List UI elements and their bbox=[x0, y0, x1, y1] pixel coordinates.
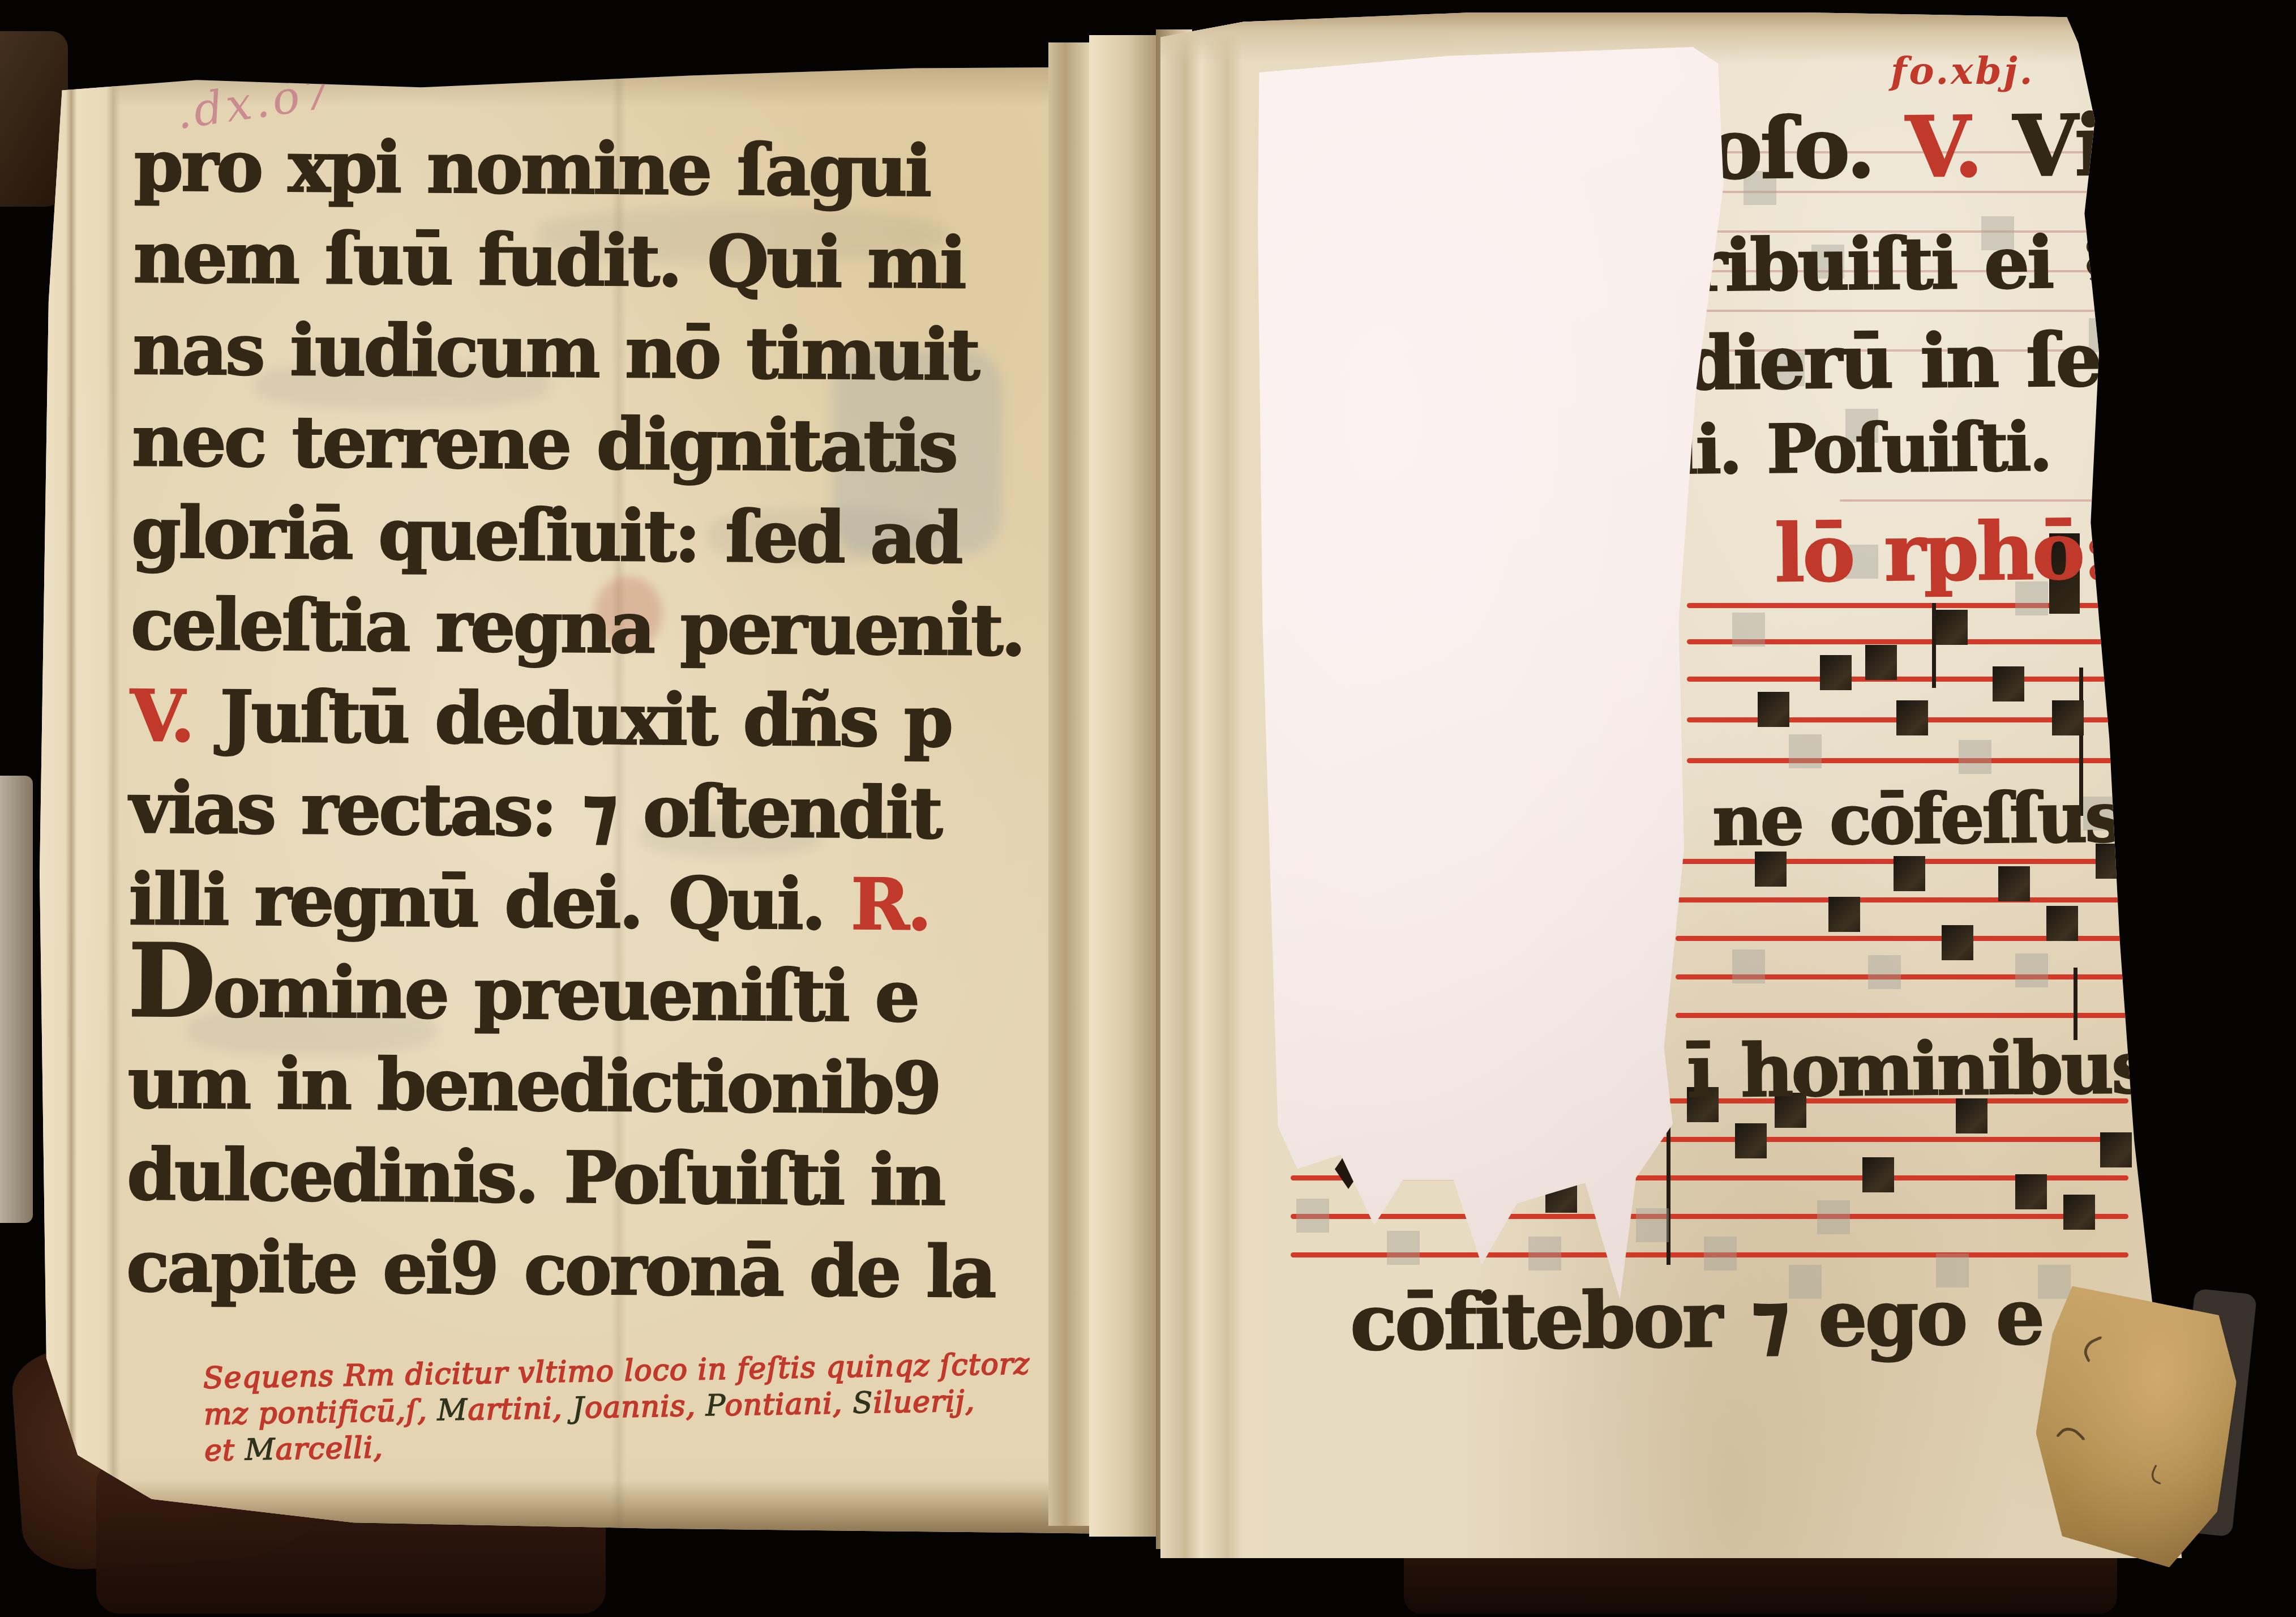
manuscript-text-line: nec terrene dignitatis bbox=[132, 395, 1117, 494]
faint-staff-line bbox=[1693, 310, 2094, 312]
text-segment: D bbox=[128, 921, 213, 1040]
text-segment: V. bbox=[130, 675, 194, 758]
ink-scribble bbox=[2055, 1422, 2087, 1455]
ghost-note bbox=[1296, 1199, 1329, 1233]
text-segment: Juſtū deduxit dñs p bbox=[192, 675, 952, 763]
neume-note bbox=[2111, 573, 2143, 608]
ghost-note bbox=[1732, 949, 1765, 983]
text-segment: arcelli, bbox=[275, 1431, 383, 1466]
faint-staff-line bbox=[1840, 499, 2100, 502]
gutter-fold bbox=[1048, 42, 1090, 1526]
manuscript-text-line: illi regnū dei. Qui. R. bbox=[128, 854, 1114, 952]
manuscript-photo: .dx.o7 pro xpi nomine ſaguinem ſuū fudit… bbox=[0, 0, 2296, 1617]
chant-text-line: ribuiſti ei ⌇ bbox=[1689, 220, 2103, 307]
manuscript-text-line: capite ei9 coronā de la bbox=[126, 1221, 1112, 1319]
text-segment: dulcedinis. Poſuiſti in bbox=[127, 1133, 944, 1222]
text-segment: nas iudicum nō timuit bbox=[132, 308, 978, 396]
text-segment: um in benedictionib9 bbox=[127, 1042, 940, 1130]
chant-text-line: lō rphō: bbox=[1774, 504, 2110, 600]
staff-line bbox=[1687, 677, 2140, 682]
ghost-note bbox=[1636, 1208, 1669, 1242]
ghost-note bbox=[1387, 1231, 1420, 1265]
text-segment: illi regnū dei. Qui. bbox=[128, 858, 851, 946]
left-page: .dx.o7 pro xpi nomine ſaguinem ſuū fudit… bbox=[40, 67, 1160, 1534]
chant-text-line: ī hominibus, bbox=[1686, 1025, 2173, 1114]
neume-note bbox=[1936, 610, 1968, 645]
text-segment: celeſtia regna peruenit. bbox=[131, 583, 1024, 672]
neume-note bbox=[1862, 1157, 1894, 1192]
manuscript-text-line: vias rectas: ⁊ oſtendit bbox=[129, 762, 1115, 861]
neume-note bbox=[2052, 700, 2084, 735]
ghost-note bbox=[1704, 1237, 1737, 1270]
manuscript-text-line: pro xpi nomine ſagui bbox=[134, 120, 1119, 219]
ghost-note bbox=[1868, 955, 1901, 989]
ghost-note bbox=[1528, 1237, 1561, 1270]
neume-note bbox=[2046, 906, 2078, 941]
gutter-fold bbox=[1089, 35, 1158, 1537]
text-segment: P bbox=[705, 1389, 725, 1423]
text-segment: gloriā queſiuit: ſed ad bbox=[131, 491, 962, 580]
chant-text-line: li. Poſuiſti. bbox=[1672, 407, 2050, 489]
text-segment: et bbox=[204, 1433, 245, 1468]
neume-note bbox=[1758, 692, 1789, 727]
text-segment: li. Poſuiſti. bbox=[1672, 407, 2050, 489]
chant-text-line: ne cōfeſſus bbox=[1712, 776, 2122, 861]
neume-note bbox=[1993, 666, 2024, 701]
text-segment: pro xpi nomine ſagui bbox=[134, 125, 930, 213]
text-segment: oſo. bbox=[1706, 98, 1906, 198]
text-segment: V. bbox=[1905, 97, 1981, 196]
text-segment: vias rectas: ⁊ oſtendit bbox=[129, 767, 941, 855]
ghost-note bbox=[1959, 740, 1991, 774]
manuscript-text-line: nas iudicum nō timuit bbox=[132, 303, 1118, 402]
neume-note bbox=[2100, 1132, 2132, 1167]
text-segment: ne cōfeſſus bbox=[1712, 776, 2122, 861]
manuscript-text-line: Domine preueniſti e bbox=[128, 946, 1113, 1044]
staff-line bbox=[1676, 1013, 2134, 1018]
text-segment: Vitā bbox=[1980, 95, 2193, 195]
neume-note bbox=[1998, 866, 2030, 901]
text-segment: M bbox=[245, 1433, 276, 1468]
neume-note bbox=[2116, 627, 2148, 662]
staff-barline bbox=[1932, 603, 1936, 688]
neume-note bbox=[1894, 856, 1925, 891]
text-segment: omine preueniſti e bbox=[213, 951, 918, 1038]
text-segment: ī hominibus, bbox=[1686, 1025, 2173, 1114]
manuscript-text-line: dulcedinis. Poſuiſti in bbox=[127, 1129, 1112, 1227]
text-segment: ⌇ bbox=[2080, 233, 2103, 293]
neume-note bbox=[1828, 897, 1860, 932]
ink-scribble bbox=[2148, 1464, 2169, 1486]
neume-note bbox=[1865, 645, 1897, 680]
text-segment: lō rphō: bbox=[1774, 504, 2110, 600]
text-segment: nec terrene dignitatis bbox=[132, 400, 956, 488]
text-segment: mz pontificū,ſ, bbox=[204, 1394, 438, 1432]
page-edge-sliver bbox=[0, 776, 33, 1223]
neume-note bbox=[1735, 1123, 1767, 1158]
ghost-note bbox=[2015, 953, 2048, 987]
text-segment: J bbox=[572, 1391, 585, 1425]
folio-mark: fo.xbj. bbox=[1891, 49, 2035, 93]
text-segment: ontiani, bbox=[725, 1387, 853, 1423]
text-segment: R. bbox=[850, 863, 929, 947]
ink-scribble bbox=[2080, 1335, 2111, 1364]
ghost-note bbox=[1817, 1200, 1850, 1234]
ghost-note bbox=[1732, 613, 1765, 647]
text-segment: ribuiſti ei bbox=[1689, 220, 2080, 307]
staff-line bbox=[1687, 758, 2140, 763]
staff-line bbox=[1676, 897, 2134, 902]
staff-line bbox=[1291, 1214, 2128, 1219]
book: .dx.o7 pro xpi nomine ſaguinem ſuū fudit… bbox=[0, 0, 2296, 1617]
manuscript-text-line: gloriā queſiuit: ſed ad bbox=[131, 487, 1117, 585]
text-segment: nem ſuū fudit. Qui mi bbox=[133, 216, 965, 305]
ghost-note bbox=[1789, 734, 1822, 768]
neume-note bbox=[1896, 700, 1928, 735]
neume-note bbox=[1942, 925, 1973, 960]
chant-text-line: oſo. V. Vitā bbox=[1706, 95, 2193, 198]
text-segment: capite ei9 coronā de la bbox=[126, 1225, 995, 1314]
neume-note bbox=[2015, 1174, 2047, 1209]
manuscript-text-line: um in benedictionib9 bbox=[127, 1037, 1113, 1136]
text-segment: M bbox=[437, 1393, 468, 1428]
text-segment: S bbox=[852, 1386, 873, 1421]
manuscript-text-line: celeſtia regna peruenit. bbox=[131, 579, 1116, 677]
manuscript-text-line: V. Juſtū deduxit dñs p bbox=[130, 670, 1115, 769]
neume-note bbox=[1820, 655, 1852, 690]
text-segment: dierū in ſe bbox=[1684, 316, 2100, 407]
left-page-text: pro xpi nomine ſaguinem ſuū fudit. Qui m… bbox=[126, 120, 1120, 1319]
text-segment: iluerij, bbox=[873, 1384, 975, 1420]
neume-note bbox=[2063, 1195, 2095, 1230]
text-segment: oannis, bbox=[584, 1389, 706, 1425]
manuscript-text-line: nem ſuū fudit. Qui mi bbox=[133, 212, 1119, 310]
chant-text-line: dierū in ſe bbox=[1684, 316, 2100, 407]
text-segment: artini, bbox=[468, 1391, 573, 1427]
red-rubric: Sequens Rm dicitur vltimo loco in feſtis… bbox=[203, 1346, 1031, 1469]
